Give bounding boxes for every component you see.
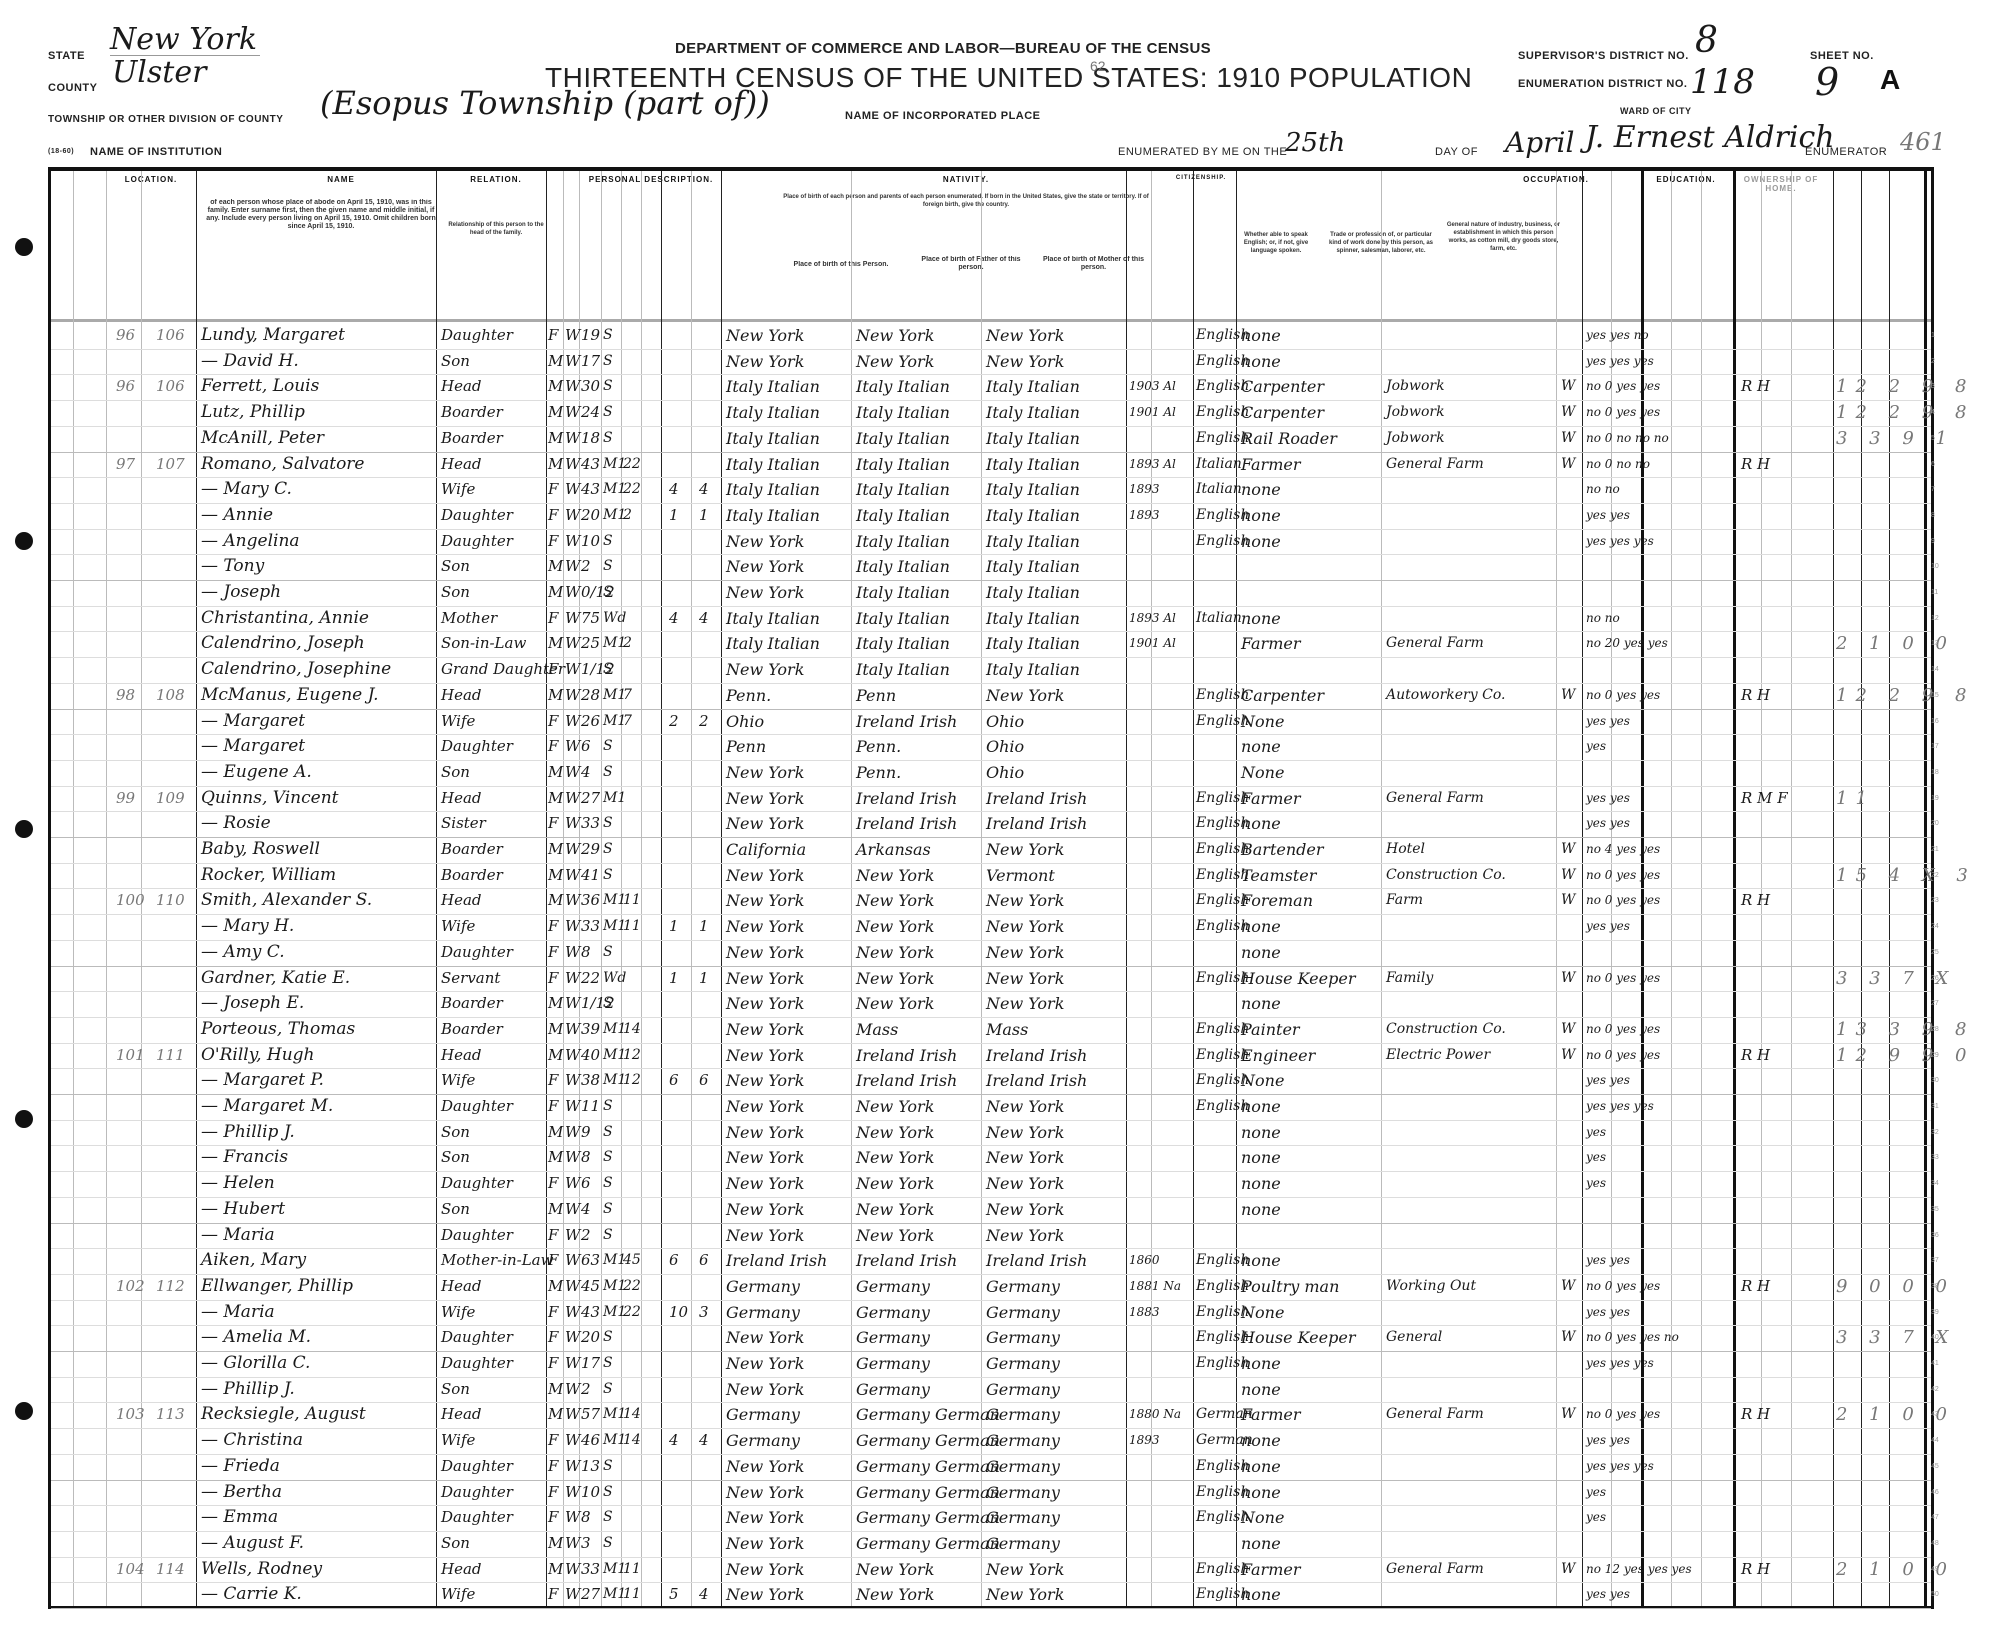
relationship: Daughter [441, 529, 546, 554]
age: 13 [581, 1454, 603, 1479]
years-married [623, 863, 643, 888]
table-row: — Joseph Son M W 0/12 S New York Italy I… [51, 580, 1931, 605]
dwelling-number [116, 1120, 156, 1145]
marital-status: S [603, 400, 623, 425]
line-number: 34 [1931, 1171, 1951, 1196]
relationship: Boarder [441, 426, 546, 451]
birthplace-father: New York [856, 1197, 981, 1222]
employer-status: W [1561, 1402, 1581, 1427]
employer-status [1561, 1351, 1581, 1376]
education-employment: no 0 no no no [1586, 426, 1731, 451]
trade [1241, 580, 1381, 605]
employer-status: W [1561, 400, 1581, 425]
birthplace-father: Germany German [856, 1531, 981, 1556]
relationship: Daughter [441, 1351, 546, 1376]
employer-status: W [1561, 683, 1581, 708]
marital-status: M1 [603, 1557, 623, 1582]
birthplace-father: Ireland Irish [856, 1248, 981, 1273]
ward-label: Ward of city [1620, 106, 1692, 116]
birthplace-father: Penn. [856, 734, 981, 759]
birthplace-person: New York [726, 786, 851, 811]
binder-hole [15, 820, 33, 838]
person-name: Calendrino, Josephine [201, 657, 436, 682]
home-ownership [1741, 1531, 1831, 1556]
relationship: Wife [441, 1300, 546, 1325]
birthplace-person: New York [726, 657, 851, 682]
table-row: — Maria Daughter F W 2 S New York New Yo… [51, 1223, 1931, 1248]
education-heading: EDUCATION. [1641, 175, 1731, 184]
sex: M [548, 554, 563, 579]
immigration-year: 1893 [1129, 477, 1193, 502]
trade: None [1241, 760, 1381, 785]
person-name: Calendrino, Joseph [201, 631, 436, 656]
race: W [565, 606, 579, 631]
birthplace-father: Germany [856, 1351, 981, 1376]
industry [1386, 1351, 1556, 1376]
birthplace-father: Italy Italian [856, 631, 981, 656]
age: 63 [581, 1248, 603, 1273]
person-name: — Joseph [201, 580, 436, 605]
employer-status [1561, 1145, 1581, 1170]
home-ownership [1741, 734, 1831, 759]
marital-status: S [603, 1531, 623, 1556]
marital-status: M1 [603, 1017, 623, 1042]
race: W [565, 400, 579, 425]
relationship: Boarder [441, 1017, 546, 1042]
employer-status [1561, 734, 1581, 759]
employer-status: W [1561, 374, 1581, 399]
home-ownership [1741, 863, 1831, 888]
dwelling-number [116, 1068, 156, 1093]
birthplace-father: New York [856, 966, 981, 991]
industry: General Farm [1386, 1557, 1556, 1582]
immigration-year [1129, 580, 1193, 605]
industry [1386, 1248, 1556, 1273]
industry [1386, 554, 1556, 579]
table-row: — Carrie K. Wife F W 27 M1 11 5 4 New Yo… [51, 1582, 1931, 1607]
birthplace-person: Germany [726, 1428, 851, 1453]
enumeration-district-value: 118 [1690, 62, 1755, 102]
age: 3 [581, 1531, 603, 1556]
sex: F [548, 709, 563, 734]
marital-status: S [603, 657, 623, 682]
sex: M [548, 837, 563, 862]
marital-status: S [603, 1223, 623, 1248]
marital-status: M1 [603, 786, 623, 811]
table-row: Lutz, Phillip Boarder M W 24 S Italy Ita… [51, 400, 1931, 425]
dwelling-number: 103 [116, 1402, 156, 1427]
state-value: New York [110, 25, 260, 56]
person-name: Recksiegle, August [201, 1402, 436, 1427]
department-heading: DEPARTMENT OF COMMERCE AND LABOR—BUREAU … [675, 40, 1211, 57]
dwelling-number: 96 [116, 374, 156, 399]
birthplace-person: New York [726, 1223, 851, 1248]
children-born: 4 [669, 477, 689, 502]
birthplace-mother: Germany [986, 1351, 1126, 1376]
trade: none [1241, 1145, 1381, 1170]
race: W [565, 1505, 579, 1530]
table-row: 104 114 Wells, Rodney Head M W 33 M1 11 … [51, 1557, 1931, 1582]
employer-status: W [1561, 1043, 1581, 1068]
birthplace-mother: Ireland Irish [986, 1068, 1126, 1093]
birthplace-mother: New York [986, 888, 1126, 913]
education-employment: yes yes [1586, 914, 1731, 939]
language: Italian [1196, 606, 1236, 631]
dwelling-number [116, 426, 156, 451]
marital-status: S [603, 529, 623, 554]
race: W [565, 1428, 579, 1453]
home-ownership [1741, 1454, 1831, 1479]
line-number: 20 [1931, 811, 1951, 836]
race: W [565, 1248, 579, 1273]
birthplace-father: Italy Italian [856, 374, 981, 399]
birthplace-father: Germany [856, 1274, 981, 1299]
immigration-year [1129, 837, 1193, 862]
language: English [1196, 786, 1236, 811]
line-number: 21 [1931, 837, 1951, 862]
dwelling-number [116, 811, 156, 836]
industry [1386, 1531, 1556, 1556]
language: English [1196, 503, 1236, 528]
age: 45 [581, 1274, 603, 1299]
relationship: Wife [441, 1582, 546, 1607]
family-number [156, 709, 196, 734]
home-ownership: R H [1741, 1274, 1831, 1299]
person-name: — August F. [201, 1531, 436, 1556]
marital-status: S [603, 863, 623, 888]
sex: M [548, 400, 563, 425]
table-row: — Helen Daughter F W 6 S New York New Yo… [51, 1171, 1931, 1196]
age: 57 [581, 1402, 603, 1427]
immigration-year [1129, 1557, 1193, 1582]
sex: F [548, 1223, 563, 1248]
immigration-year [1129, 1582, 1193, 1607]
industry [1386, 529, 1556, 554]
sex: F [548, 1480, 563, 1505]
birthplace-person: New York [726, 1480, 851, 1505]
family-number [156, 1505, 196, 1530]
employer-status [1561, 529, 1581, 554]
birthplace-person: New York [726, 1145, 851, 1170]
age: 43 [581, 477, 603, 502]
trade: Painter [1241, 1017, 1381, 1042]
person-name: Aiken, Mary [201, 1248, 436, 1273]
line-number: 13 [1931, 631, 1951, 656]
birthplace-mother: Vermont [986, 863, 1126, 888]
children-born: 4 [669, 1428, 689, 1453]
employer-status [1561, 1377, 1581, 1402]
language [1196, 1377, 1236, 1402]
relationship: Head [441, 452, 546, 477]
years-married [623, 323, 643, 348]
industry: Construction Co. [1386, 863, 1556, 888]
family-number [156, 1454, 196, 1479]
children-born [669, 1043, 689, 1068]
relationship: Daughter [441, 1325, 546, 1350]
industry [1386, 1377, 1556, 1402]
table-row: 96 106 Lundy, Margaret Daughter F W 19 S… [51, 323, 1931, 348]
birthplace-mother: New York [986, 837, 1126, 862]
birthplace-father: Penn. [856, 760, 981, 785]
race: W [565, 631, 579, 656]
children-living [699, 1274, 719, 1299]
age: 41 [581, 863, 603, 888]
children-living [699, 863, 719, 888]
children-living [699, 374, 719, 399]
person-name: — Maria [201, 1223, 436, 1248]
dwelling-number [116, 837, 156, 862]
office-codes [1836, 1351, 1926, 1376]
immigration-year [1129, 1377, 1193, 1402]
industry [1386, 503, 1556, 528]
enumeration-district-label: Enumeration District No. [1518, 78, 1687, 90]
employer-status [1561, 1531, 1581, 1556]
sex: F [548, 966, 563, 991]
birthplace-father: Italy Italian [856, 477, 981, 502]
trade: None [1241, 1068, 1381, 1093]
census-title: THIRTEENTH CENSUS OF THE UNITED STATES: … [545, 62, 1472, 94]
years-married [623, 837, 643, 862]
employer-status [1561, 349, 1581, 374]
office-codes [1836, 323, 1926, 348]
person-name: — Francis [201, 1145, 436, 1170]
birthplace-mother: Germany [986, 1531, 1126, 1556]
children-living [699, 1505, 719, 1530]
age: 4 [581, 760, 603, 785]
language [1196, 1145, 1236, 1170]
years-married: 11 [623, 914, 643, 939]
table-row: 100 110 Smith, Alexander S. Head M W 36 … [51, 888, 1931, 913]
language: English [1196, 1505, 1236, 1530]
marital-status: M1 [603, 914, 623, 939]
race: W [565, 529, 579, 554]
table-row: Rocker, William Boarder M W 41 S New Yor… [51, 863, 1931, 888]
age: 1/12 [581, 991, 603, 1016]
dwelling-number [116, 1171, 156, 1196]
person-name: — Hubert [201, 1197, 436, 1222]
sex: M [548, 631, 563, 656]
language [1196, 1223, 1236, 1248]
person-name: — Amelia M. [201, 1325, 436, 1350]
institution-label: Name of institution [90, 146, 222, 158]
birthplace-father: New York [856, 323, 981, 348]
birthplace-father: Germany [856, 1300, 981, 1325]
relationship: Boarder [441, 863, 546, 888]
race: W [565, 1582, 579, 1607]
birthplace-person: New York [726, 1454, 851, 1479]
birthplace-mother: New York [986, 323, 1126, 348]
trade: House Keeper [1241, 966, 1381, 991]
industry [1386, 1223, 1556, 1248]
sex: M [548, 1377, 563, 1402]
dwelling-number [116, 606, 156, 631]
birth-mother-header: Place of birth of Mother of this person. [1036, 256, 1151, 286]
family-number [156, 631, 196, 656]
industry: Autoworkery Co. [1386, 683, 1556, 708]
sex: M [548, 580, 563, 605]
birthplace-person: Italy Italian [726, 631, 851, 656]
relationship: Wife [441, 709, 546, 734]
language [1196, 1120, 1236, 1145]
person-name: Wells, Rodney [201, 1557, 436, 1582]
birthplace-father: New York [856, 1557, 981, 1582]
home-ownership [1741, 657, 1831, 682]
table-row: — David H. Son M W 17 S New York New Yor… [51, 349, 1931, 374]
education-employment [1586, 991, 1731, 1016]
relationship: Son [441, 554, 546, 579]
institution-code: (18-60) [48, 148, 74, 155]
age: 20 [581, 503, 603, 528]
marital-status: M1 [603, 1428, 623, 1453]
sex: F [548, 323, 563, 348]
years-married [623, 1094, 643, 1119]
office-codes [1836, 1582, 1926, 1607]
office-codes [1836, 760, 1926, 785]
trade: Bartender [1241, 837, 1381, 862]
person-name: — Angelina [201, 529, 436, 554]
person-name: O'Rilly, Hugh [201, 1043, 436, 1068]
race: W [565, 1351, 579, 1376]
table-row: — Francis Son M W 8 S New York New York … [51, 1145, 1931, 1170]
table-row: Christantina, Annie Mother F W 75 Wd 4 4… [51, 606, 1931, 631]
years-married [623, 400, 643, 425]
family-number [156, 1145, 196, 1170]
immigration-year [1129, 683, 1193, 708]
trade: none [1241, 323, 1381, 348]
education-employment: no 0 yes yes [1586, 863, 1731, 888]
trade: none [1241, 1480, 1381, 1505]
age: 36 [581, 888, 603, 913]
office-codes: 3 3 7 X [1836, 1325, 1926, 1350]
industry [1386, 760, 1556, 785]
children-living [699, 1557, 719, 1582]
birthplace-mother: Ireland Irish [986, 811, 1126, 836]
incorporated-place-label: Name of incorporated place [845, 110, 1041, 122]
relationship: Son-in-Law [441, 631, 546, 656]
industry: Jobwork [1386, 426, 1556, 451]
immigration-year [1129, 349, 1193, 374]
person-name: Baby, Roswell [201, 837, 436, 862]
industry: Family [1386, 966, 1556, 991]
birthplace-father: Germany German [856, 1402, 981, 1427]
dwelling-number [116, 1454, 156, 1479]
employer-status [1561, 1248, 1581, 1273]
birthplace-person: Italy Italian [726, 400, 851, 425]
children-born [669, 529, 689, 554]
language [1196, 1531, 1236, 1556]
birthplace-mother: Italy Italian [986, 477, 1126, 502]
birthplace-person: New York [726, 1531, 851, 1556]
office-codes [1836, 1120, 1926, 1145]
line-number: 48 [1931, 1531, 1951, 1556]
family-number [156, 606, 196, 631]
office-codes [1836, 914, 1926, 939]
employer-status [1561, 1068, 1581, 1093]
education-employment: yes [1586, 1480, 1731, 1505]
children-born: 6 [669, 1068, 689, 1093]
age: 2 [581, 554, 603, 579]
home-ownership [1741, 1325, 1831, 1350]
sex: M [548, 863, 563, 888]
enumerator-signature: J. Ernest Aldrich [1585, 120, 1835, 155]
dwelling-number [116, 400, 156, 425]
industry: Working Out [1386, 1274, 1556, 1299]
sex: F [548, 606, 563, 631]
person-name: — Frieda [201, 1454, 436, 1479]
birthplace-father: Ireland Irish [856, 1043, 981, 1068]
relationship: Wife [441, 914, 546, 939]
dwelling-number [116, 657, 156, 682]
children-living [699, 1402, 719, 1427]
line-number: 49 [1931, 1557, 1951, 1582]
office-codes: 13 3 9 8 [1836, 1017, 1926, 1042]
children-born [669, 837, 689, 862]
office-codes [1836, 1505, 1926, 1530]
immigration-year [1129, 811, 1193, 836]
education-employment: yes yes yes [1586, 529, 1731, 554]
relationship: Son [441, 760, 546, 785]
family-number [156, 580, 196, 605]
education-employment [1586, 554, 1731, 579]
sex: M [548, 991, 563, 1016]
office-codes: 12 2 9 8 [1836, 400, 1926, 425]
industry: Hotel [1386, 837, 1556, 862]
home-ownership [1741, 1017, 1831, 1042]
education-employment: no 0 yes yes [1586, 888, 1731, 913]
immigration-year: 1860 [1129, 1248, 1193, 1273]
sex: M [548, 1274, 563, 1299]
sex: M [548, 1197, 563, 1222]
language: English [1196, 1094, 1236, 1119]
trade: none [1241, 1582, 1381, 1607]
family-number [156, 1300, 196, 1325]
office-codes: 12 9 9 0 [1836, 1043, 1926, 1068]
education-employment: no 0 yes yes [1586, 374, 1731, 399]
birthplace-father: Germany German [856, 1505, 981, 1530]
relationship: Son [441, 349, 546, 374]
employer-status [1561, 1454, 1581, 1479]
enumerator-code: 461 [1900, 128, 1946, 156]
line-number: 22 [1931, 863, 1951, 888]
birthplace-person: California [726, 837, 851, 862]
children-born: 1 [669, 966, 689, 991]
language: English [1196, 349, 1236, 374]
birthplace-person: Italy Italian [726, 426, 851, 451]
birthplace-father: New York [856, 863, 981, 888]
family-number [156, 1480, 196, 1505]
immigration-year [1129, 1351, 1193, 1376]
relationship: Daughter [441, 503, 546, 528]
person-name: — Amy C. [201, 940, 436, 965]
birthplace-person: Germany [726, 1274, 851, 1299]
race: W [565, 554, 579, 579]
relationship: Son [441, 1377, 546, 1402]
home-ownership [1741, 400, 1831, 425]
table-row: 98 108 McManus, Eugene J. Head M W 28 M1… [51, 683, 1931, 708]
children-born [669, 631, 689, 656]
person-name: Quinns, Vincent [201, 786, 436, 811]
employer-status: W [1561, 966, 1581, 991]
race: W [565, 477, 579, 502]
employer-status [1561, 1505, 1581, 1530]
marital-status: S [603, 1171, 623, 1196]
marital-status: M1 [603, 452, 623, 477]
industry [1386, 811, 1556, 836]
children-born [669, 554, 689, 579]
age: 27 [581, 786, 603, 811]
race: W [565, 1454, 579, 1479]
marital-status: S [603, 1505, 623, 1530]
